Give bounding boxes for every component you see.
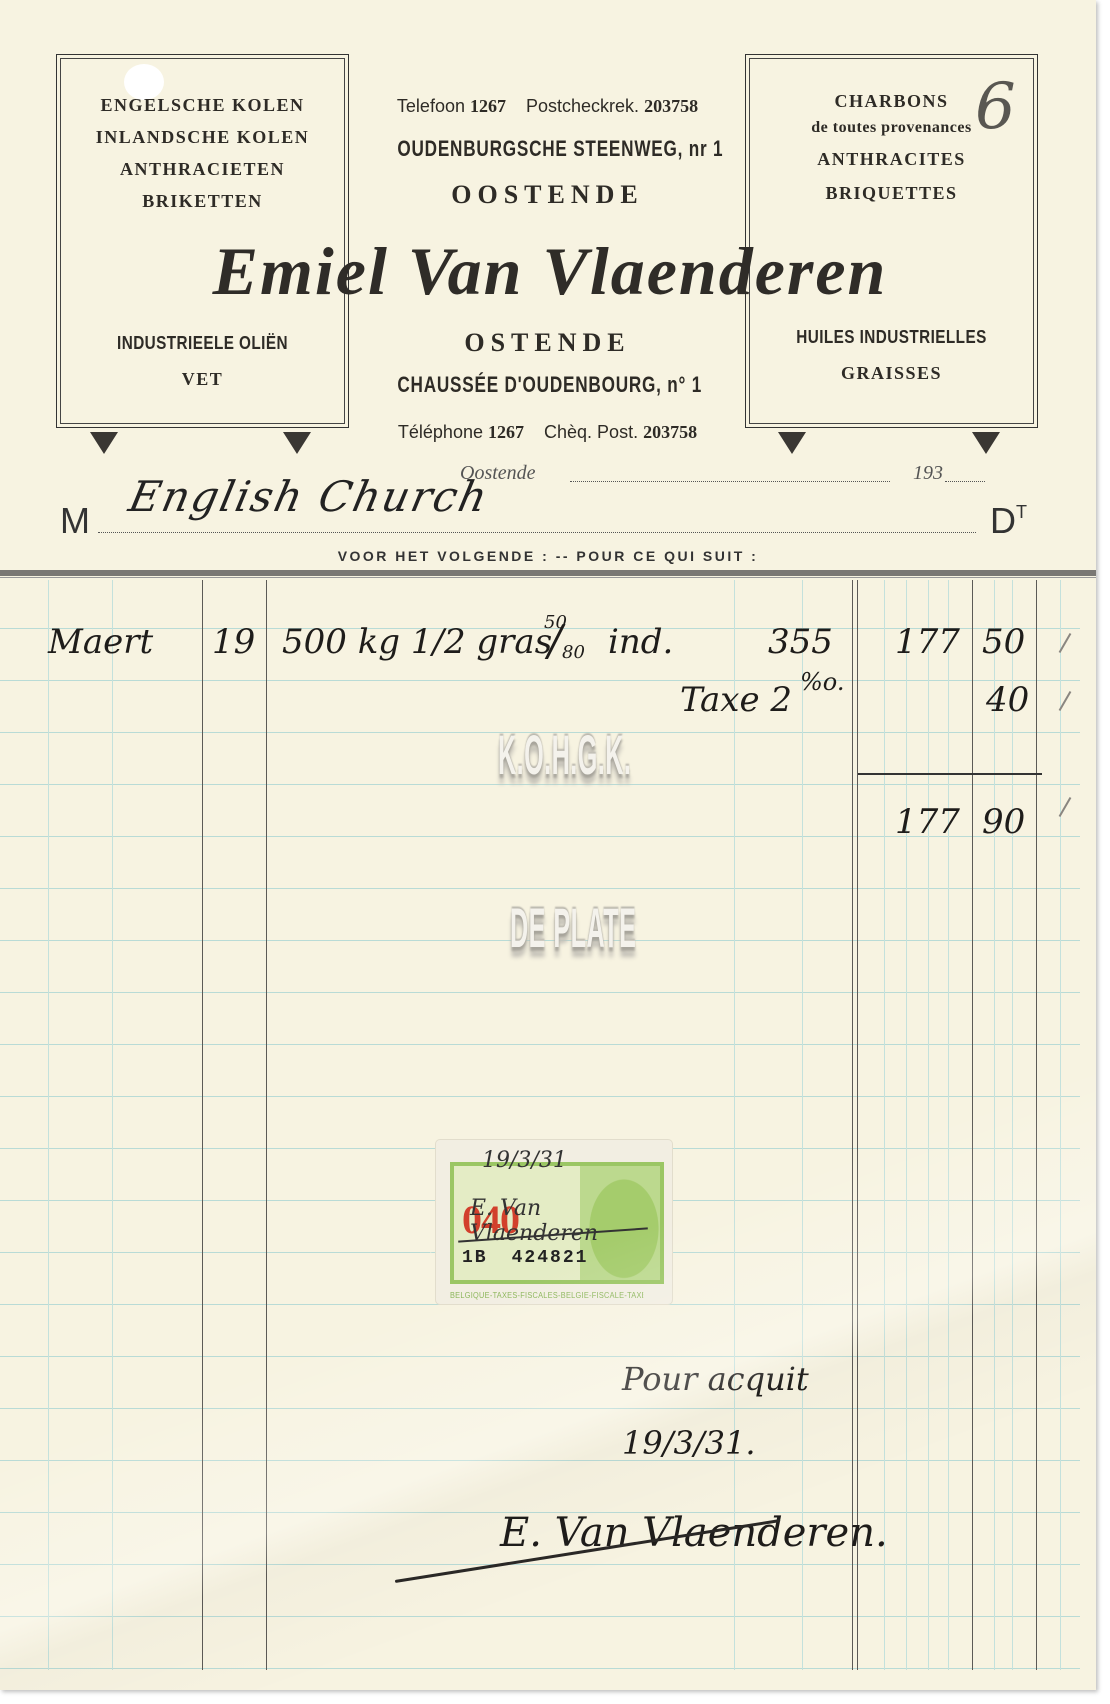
receipt-date: 19/3/31. (622, 1424, 756, 1462)
item-description: 500 kg 1/2 gras (282, 622, 552, 662)
city-fr: OSTENDE (355, 328, 740, 358)
fiscal-stamp: 040 1B424821 19/3/31 E. Van Vlaenderen B… (436, 1140, 672, 1304)
item-amount-cents: 50 (982, 622, 1025, 662)
triangle-ornament-icon (972, 432, 1000, 454)
box-line: ENGELSCHE KOLEN (57, 95, 348, 116)
stamp-serial: 1B424821 (462, 1248, 588, 1268)
total-francs: 177 (895, 802, 960, 842)
street-fr: CHAUSSÉE D'OUDENBOURG, n° 1 (397, 372, 697, 398)
item-description: Taxe 2 (680, 680, 792, 720)
triangle-ornament-icon (283, 432, 311, 454)
triangle-ornament-icon (778, 432, 806, 454)
stamp-cancel-date: 19/3/31 (482, 1148, 567, 1173)
item-amount-francs: 177 (895, 622, 960, 662)
phone-line-nl: Telefoon 1267 Postcheckrek. 203758 (355, 96, 740, 117)
item-fraction: 50 / 80 (538, 612, 582, 672)
date-year: 193 (913, 462, 943, 485)
item-unit: ind. (608, 622, 673, 662)
invoice-paper: ENGELSCHE KOLEN INLANDSCHE KOLEN ANTHRAC… (0, 0, 1096, 1690)
box-line: INLANDSCHE KOLEN (57, 127, 348, 148)
street-nl: OUDENBURGSCHE STEENWEG, nr 1 (397, 136, 697, 162)
item-month: Maert (48, 622, 153, 662)
date-line: Oostende 193 (460, 462, 985, 486)
box-line: BRIQUETTES (746, 183, 1037, 204)
watermark-line1: K.O.H.G.K. (498, 722, 631, 787)
phone-line-fr: Téléphone 1267 Chèq. Post. 203758 (355, 422, 740, 443)
item-unit-price: 355 (768, 622, 833, 662)
total-rule (858, 773, 1042, 775)
box-line: ANTHRACIETEN (57, 159, 348, 180)
receipt-text: Pour acquit (622, 1360, 809, 1398)
stamp-footer: BELGIQUE-TAXES-FISCALES-BELGIE-FISCALE-T… (450, 1291, 643, 1300)
company-name: Emiel Van Vlaenderen (80, 232, 1020, 311)
box-line: ANTHRACITES (746, 149, 1037, 170)
box-line: HUILES INDUSTRIELLES (768, 327, 1015, 348)
heading-rule (0, 570, 1096, 576)
total-cents: 90 (982, 802, 1025, 842)
city-nl: OOSTENDE (355, 180, 740, 210)
box-line: BRIKETTEN (57, 191, 348, 212)
box-line: GRAISSES (746, 363, 1037, 384)
item-fraction: %o. (800, 668, 844, 696)
triangle-ornament-icon (90, 432, 118, 454)
debtor-label: DT (990, 500, 1027, 542)
invoice-number-mark: 6 (975, 70, 1016, 144)
customer-name: English Church (125, 472, 494, 521)
box-line: INDUSTRIEELE OLIËN (79, 333, 326, 354)
box-line: VET (57, 369, 348, 390)
item-amount-cents: 40 (986, 680, 1029, 720)
addressee-dotted-line (98, 532, 976, 533)
section-heading: VOOR HET VOLGENDE : -- POUR CE QUI SUIT … (0, 548, 1096, 564)
watermark-line2: DE PLATE (510, 895, 636, 960)
item-day: 19 (212, 622, 255, 662)
addressee-prefix: M (60, 500, 90, 542)
